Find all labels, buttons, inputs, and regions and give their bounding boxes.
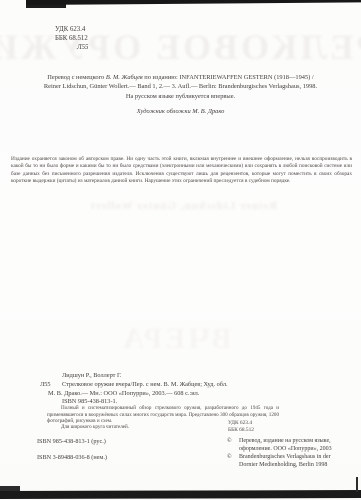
catalog-authors: Лидшун Р., Воллерт Г. <box>62 372 121 379</box>
copyright-original-line2: Dornier Medienholding, Berlin 1998 <box>239 461 349 469</box>
catalog-author-sign: Л55 <box>40 381 51 388</box>
copyright-original-line1: Brandenburgisches Verlagshaus in der <box>239 453 349 461</box>
udk-code-bottom: УДК 623.4 <box>228 420 254 427</box>
ghost-showthrough-subtitle: ВЧЕРА <box>120 322 232 356</box>
copyright-publisher: © Перевод, издание на русском языке, офо… <box>227 437 349 453</box>
cover-artist-credit: Художник обложки М. В. Драко <box>0 108 361 115</box>
scan-edge-bottom-bar <box>0 490 361 499</box>
copyright-symbol: © <box>227 453 232 461</box>
copyright-symbol: © <box>227 437 232 445</box>
catalog-isbn: ISBN 985-438-813-1. <box>62 398 117 405</box>
translation-note-line3: На русском языке публикуется впервые. <box>0 92 361 101</box>
catalog-title-line1: Стрелковое оружие вчера/Пер. с нем. В. М… <box>62 381 228 388</box>
classification-codes-top: УДК 623.4 ББК 68.512 Л55 <box>55 25 88 52</box>
isbn-russian: ISBN 985-438-813-1 (рус.) <box>37 438 106 445</box>
translation-note: Перевод с немецкого В. М. Жабцев по изда… <box>0 73 361 101</box>
translation-suffix: по изданию: INFANTERIEWAFFEN GESTERN (19… <box>143 74 314 81</box>
copyright-publisher-line1: Перевод, издание на русском языке, <box>239 437 349 445</box>
bbk-code: ББК 68.512 <box>55 34 88 43</box>
translation-note-line1: Перевод с немецкого В. М. Жабцев по изда… <box>0 73 361 82</box>
translation-prefix: Перевод с немецкого <box>47 74 106 81</box>
bbk-code-bottom: ББК 68.512 <box>228 427 254 434</box>
author-sign-code: Л55 <box>77 43 88 52</box>
scan-edge-top-bar <box>26 0 361 5</box>
isbn-german: ISBN 3-89488-036-8 (нем.) <box>37 454 107 461</box>
catalog-title-line2: М. В. Драко.— Мн.: ООО «Попурри», 2003.—… <box>48 390 199 397</box>
copyright-original: © Brandenburgisches Verlagshaus in der D… <box>227 453 349 469</box>
book-imprint-page: СТРЕЛКОВОЕ ОРУЖИЕ Reiner Lidschun, Günte… <box>0 0 361 500</box>
catalog-audience: Для широкого круга читателей. <box>61 424 129 430</box>
classification-codes-bottom: УДК 623.4 ББК 68.512 <box>228 420 254 434</box>
translator-name: В. М. Жабцев <box>106 74 143 81</box>
rights-protection-notice: Издание охраняется законом об авторском … <box>11 156 352 185</box>
translation-note-line2: Reiner Lidschun, Günter Wollert.— Band 1… <box>0 82 361 91</box>
copyright-publisher-line2: оформление. ООО «Попурри», 2003 <box>239 445 349 453</box>
ghost-showthrough-line: Reiner Lidschun, Günter Wollert <box>90 200 277 212</box>
scan-edge-right-tick <box>356 477 358 492</box>
udk-code: УДК 623.4 <box>55 25 88 34</box>
